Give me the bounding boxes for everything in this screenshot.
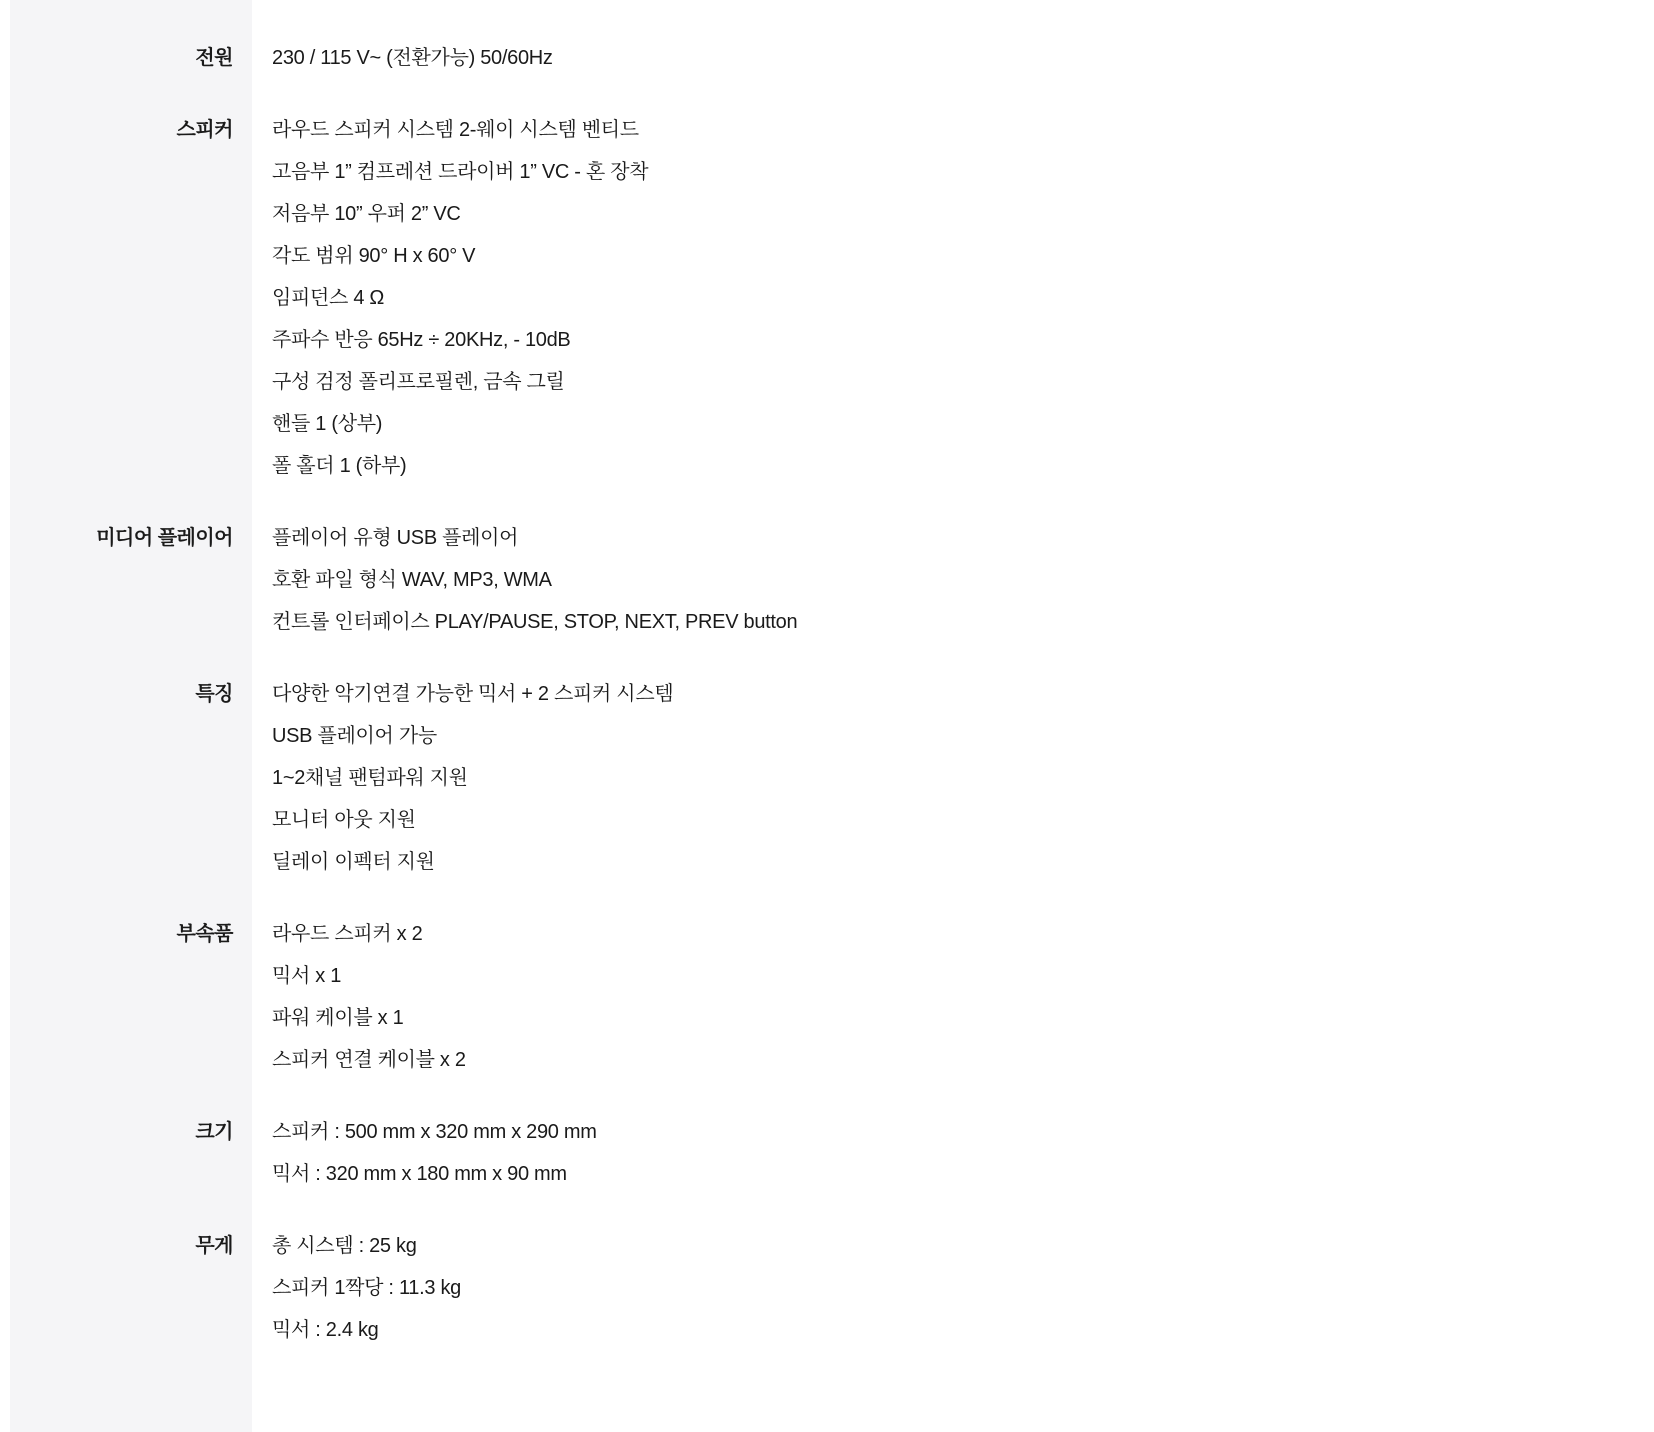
- spec-value-line: 믹서 : 2.4 kg: [272, 1309, 461, 1351]
- spec-value-line: 파워 케이블 x 1: [272, 997, 466, 1039]
- spec-value-line: 딜레이 이펙터 지원: [272, 841, 673, 883]
- spec-value-line: 라우드 스피커 x 2: [272, 913, 466, 955]
- spec-row: 미디어 플레이어플레이어 유형 USB 플레이어호환 파일 형식 WAV, MP…: [0, 517, 1654, 643]
- product-spec-page: 전원230 / 115 V~ (전환가능) 50/60Hz스피커라우드 스피커 …: [0, 0, 1654, 1432]
- spec-value-line: 핸들 1 (상부): [272, 403, 648, 445]
- spec-value-line: 호환 파일 형식 WAV, MP3, WMA: [272, 559, 797, 601]
- spec-row-label: 전원: [0, 37, 233, 79]
- spec-row-label: 무게: [0, 1225, 233, 1267]
- spec-value-line: 스피커 연결 케이블 x 2: [272, 1039, 466, 1081]
- spec-row-values: 플레이어 유형 USB 플레이어호환 파일 형식 WAV, MP3, WMA컨트…: [233, 517, 797, 643]
- spec-row-label: 특징: [0, 673, 233, 715]
- spec-value-line: 230 / 115 V~ (전환가능) 50/60Hz: [272, 37, 553, 79]
- spec-value-line: 모니터 아웃 지원: [272, 799, 673, 841]
- spec-row-values: 총 시스템 : 25 kg스피커 1짝당 : 11.3 kg믹서 : 2.4 k…: [233, 1225, 461, 1351]
- spec-value-line: 라우드 스피커 시스템 2-웨이 시스템 벤티드: [272, 109, 648, 151]
- spec-value-line: 컨트롤 인터페이스 PLAY/PAUSE, STOP, NEXT, PREV b…: [272, 601, 797, 643]
- spec-value-line: 총 시스템 : 25 kg: [272, 1225, 461, 1267]
- spec-value-line: 믹서 : 320 mm x 180 mm x 90 mm: [272, 1153, 597, 1195]
- spec-value-line: 믹서 x 1: [272, 955, 466, 997]
- spec-row-values: 230 / 115 V~ (전환가능) 50/60Hz: [233, 37, 553, 79]
- spec-value-line: 구성 검정 폴리프로필렌, 금속 그릴: [272, 361, 648, 403]
- spec-row-label: 미디어 플레이어: [0, 517, 233, 559]
- spec-row: 부속품라우드 스피커 x 2믹서 x 1파워 케이블 x 1스피커 연결 케이블…: [0, 913, 1654, 1081]
- spec-row-values: 라우드 스피커 시스템 2-웨이 시스템 벤티드고음부 1” 컴프레션 드라이버…: [233, 109, 648, 487]
- spec-value-line: 각도 범위 90° H x 60° V: [272, 235, 648, 277]
- spec-row-label: 부속품: [0, 913, 233, 955]
- spec-row: 무게총 시스템 : 25 kg스피커 1짝당 : 11.3 kg믹서 : 2.4…: [0, 1225, 1654, 1351]
- spec-value-line: 스피커 : 500 mm x 320 mm x 290 mm: [272, 1111, 597, 1153]
- spec-value-line: 스피커 1짝당 : 11.3 kg: [272, 1267, 461, 1309]
- spec-value-line: 폴 홀더 1 (하부): [272, 445, 648, 487]
- spec-value-line: 1~2채널 팬텀파워 지원: [272, 757, 673, 799]
- spec-value-line: 저음부 10” 우퍼 2” VC: [272, 193, 648, 235]
- spec-value-line: 다양한 악기연결 가능한 믹서 + 2 스피커 시스템: [272, 673, 673, 715]
- spec-row: 스피커라우드 스피커 시스템 2-웨이 시스템 벤티드고음부 1” 컴프레션 드…: [0, 109, 1654, 487]
- spec-row-label: 크기: [0, 1111, 233, 1153]
- spec-value-line: 임피던스 4 Ω: [272, 277, 648, 319]
- spec-value-line: 고음부 1” 컴프레션 드라이버 1” VC - 혼 장착: [272, 151, 648, 193]
- spec-row-values: 다양한 악기연결 가능한 믹서 + 2 스피커 시스템USB 플레이어 가능1~…: [233, 673, 673, 883]
- spec-row: 전원230 / 115 V~ (전환가능) 50/60Hz: [0, 37, 1654, 79]
- spec-value-line: 플레이어 유형 USB 플레이어: [272, 517, 797, 559]
- spec-row-values: 스피커 : 500 mm x 320 mm x 290 mm믹서 : 320 m…: [233, 1111, 597, 1195]
- spec-value-line: USB 플레이어 가능: [272, 715, 673, 757]
- spec-row-label: 스피커: [0, 109, 233, 151]
- spec-row: 크기스피커 : 500 mm x 320 mm x 290 mm믹서 : 320…: [0, 1111, 1654, 1195]
- spec-table: 전원230 / 115 V~ (전환가능) 50/60Hz스피커라우드 스피커 …: [0, 0, 1654, 1351]
- spec-row-values: 라우드 스피커 x 2믹서 x 1파워 케이블 x 1스피커 연결 케이블 x …: [233, 913, 466, 1081]
- spec-row: 특징다양한 악기연결 가능한 믹서 + 2 스피커 시스템USB 플레이어 가능…: [0, 673, 1654, 883]
- spec-value-line: 주파수 반응 65Hz ÷ 20KHz, - 10dB: [272, 319, 648, 361]
